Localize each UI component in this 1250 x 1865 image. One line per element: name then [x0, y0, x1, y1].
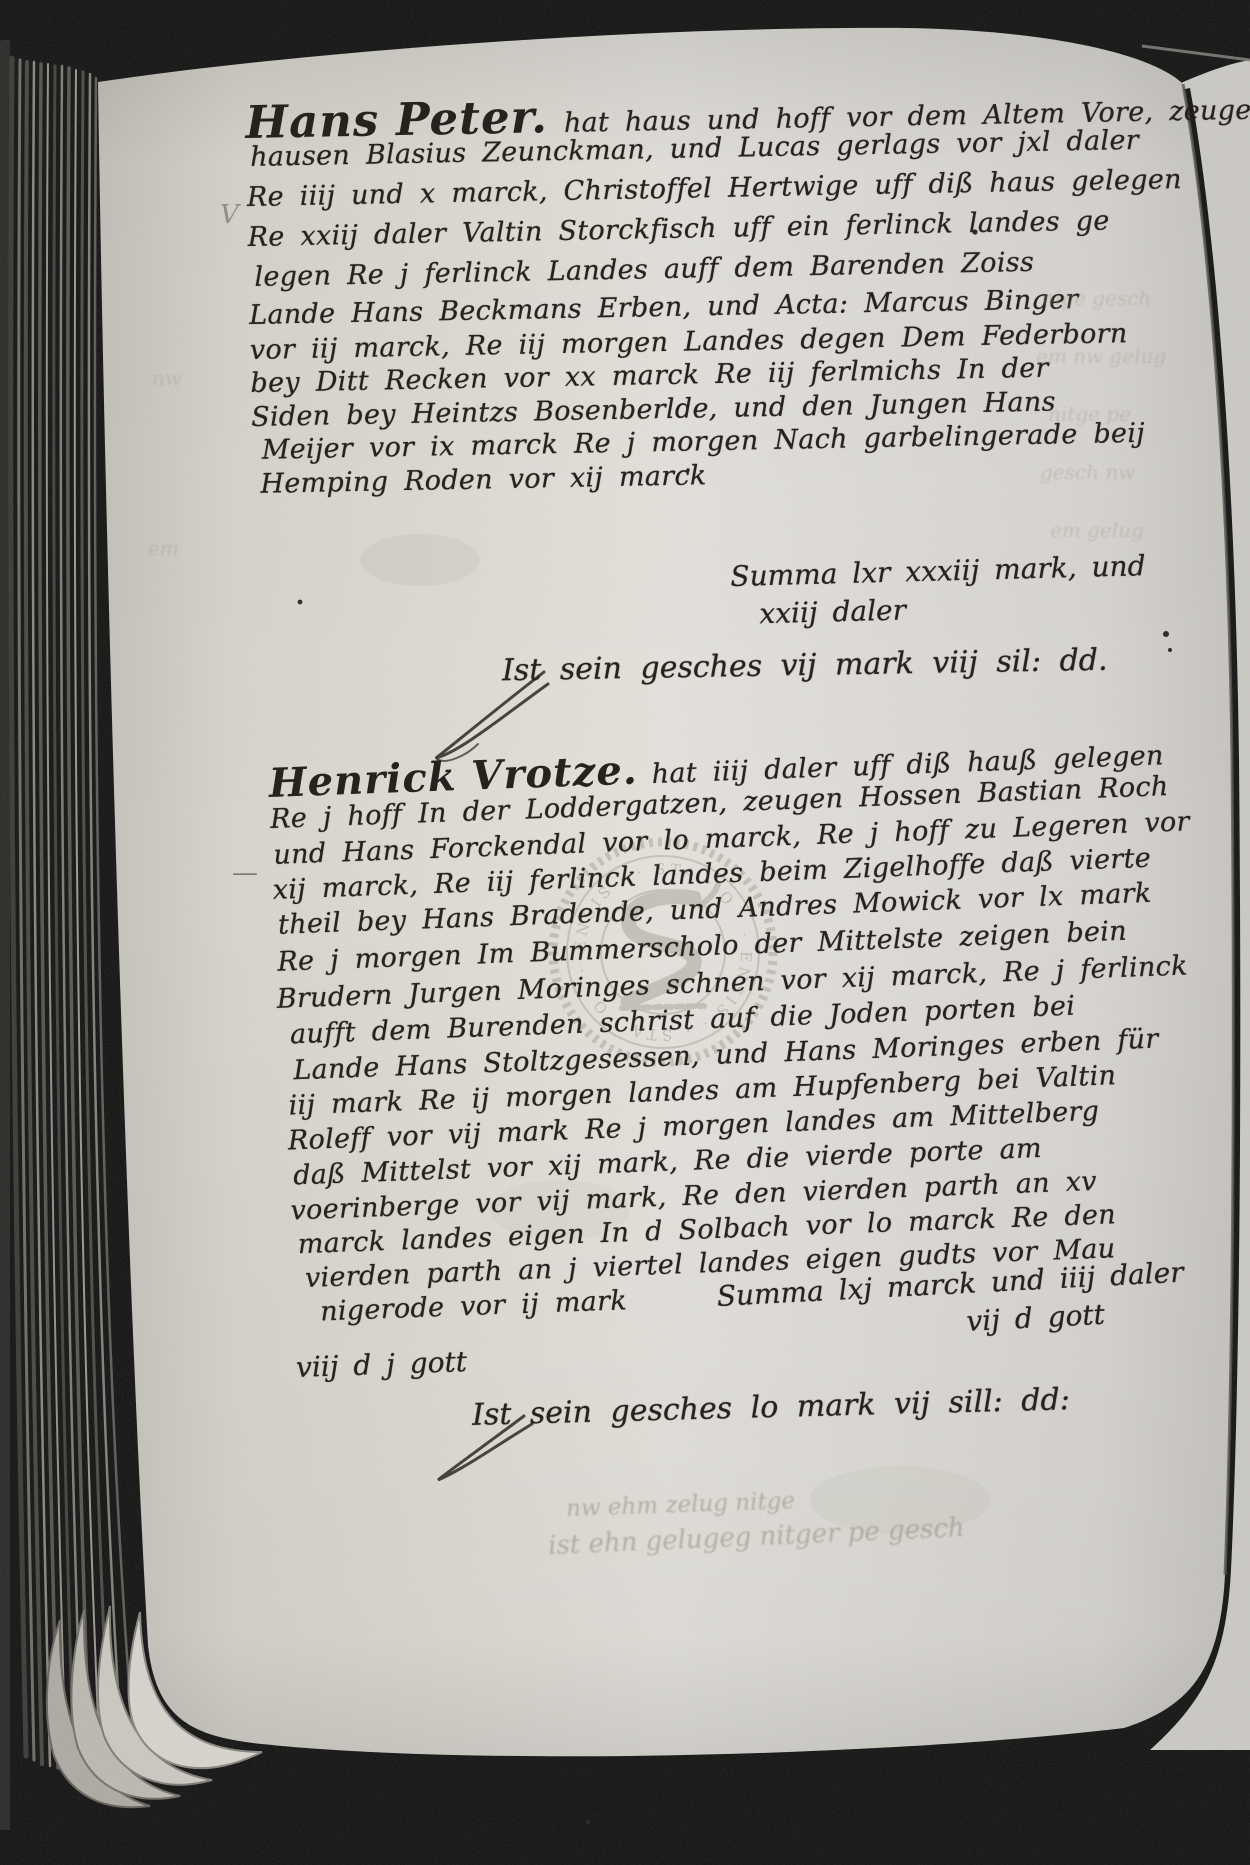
ghost-marginalia: nitge pe — [1048, 402, 1131, 426]
ghost-marginalia: nw — [152, 366, 182, 390]
summa-line: viij d j gott — [295, 1345, 467, 1384]
margin-v-mark: V — [220, 200, 239, 230]
summa-line: xxiij daler — [759, 593, 906, 630]
ghost-marginalia: em nw gelug — [1036, 344, 1166, 368]
ghost-marginalia: gesch nw — [1040, 460, 1135, 484]
ghost-marginalia: em — [148, 536, 179, 560]
ghost-marginalia: em gelug — [1050, 518, 1144, 542]
manuscript-photo: ENSIS · · STA · O · · ENSIS · · STA · O … — [0, 0, 1250, 1865]
ghost-marginalia: nige gesch — [1042, 286, 1151, 310]
margin-dash-mark: — — [232, 858, 258, 888]
